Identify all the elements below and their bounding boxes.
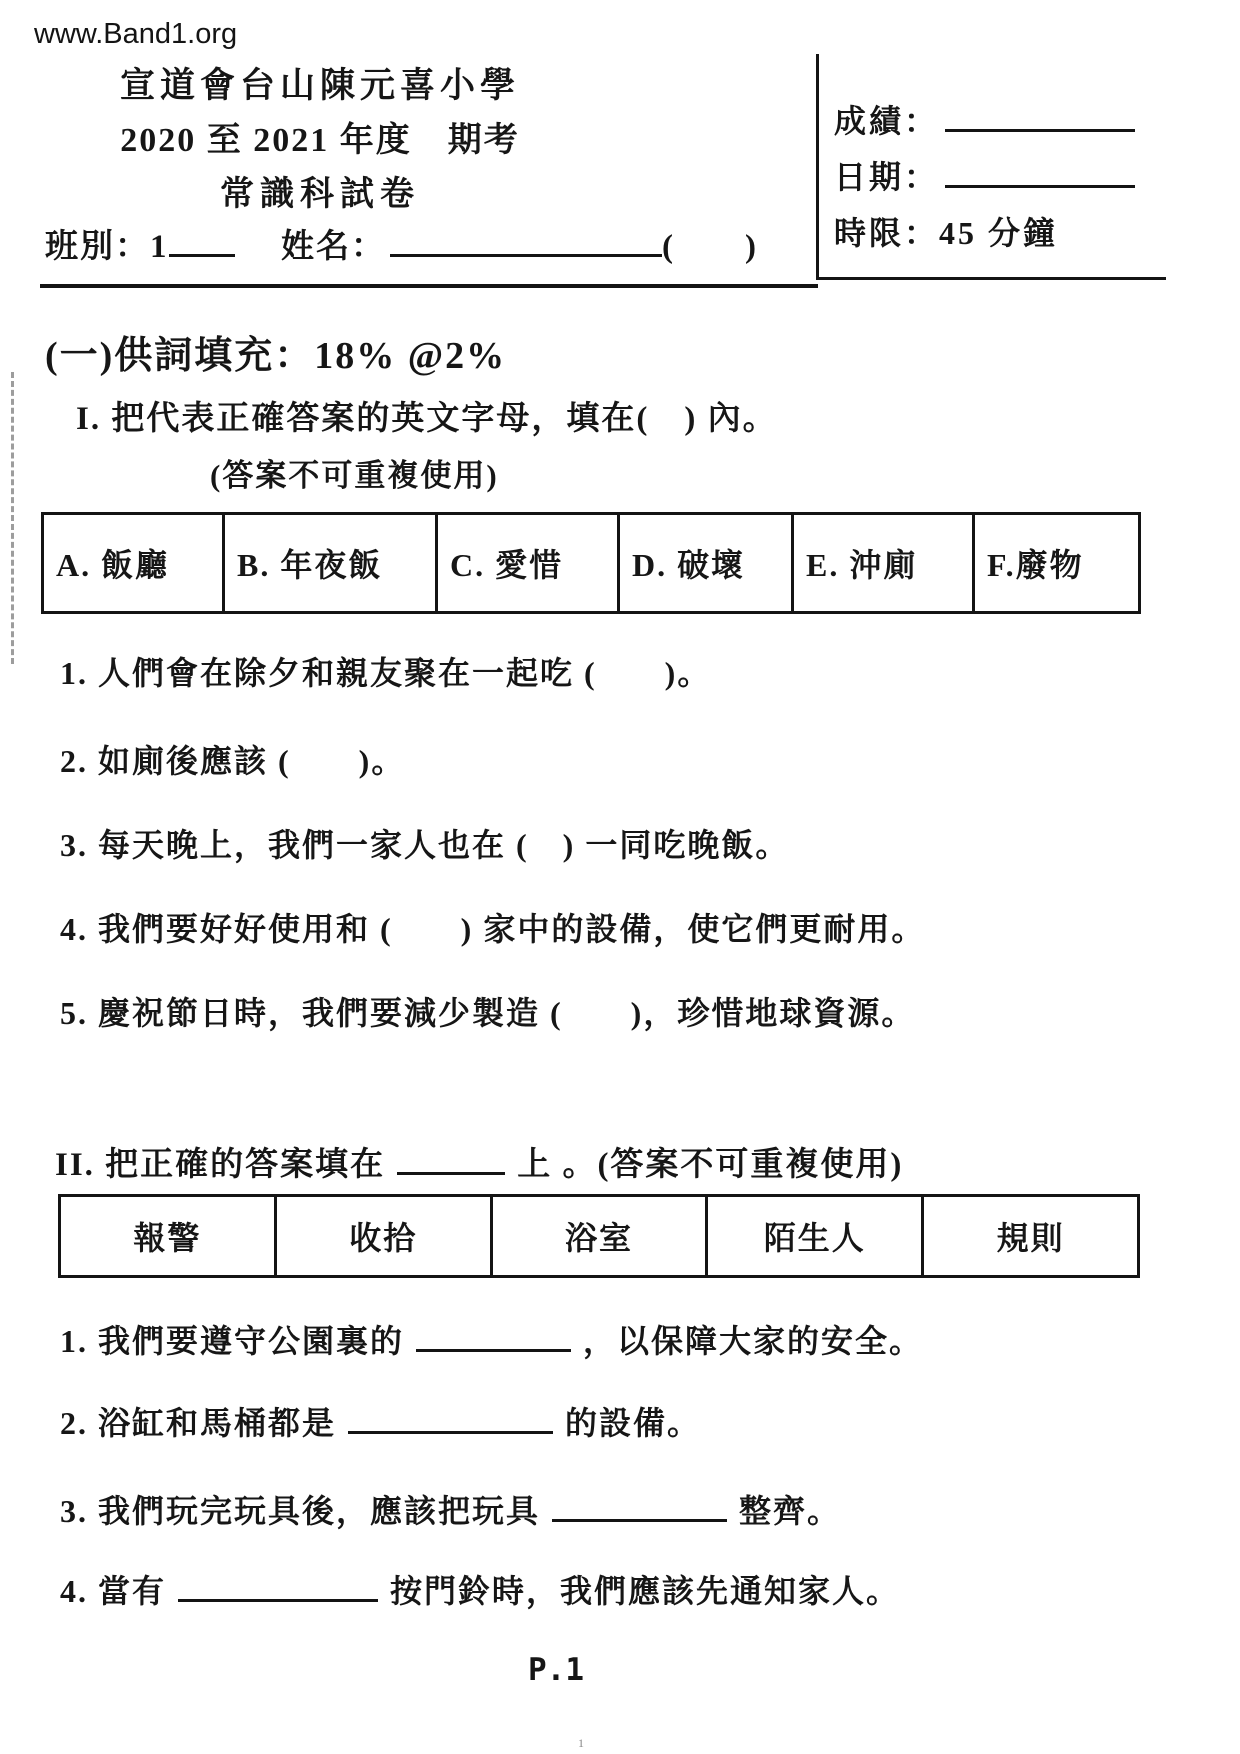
part2-question: 4. 當有按門鈴時，我們應該先通知家人。 — [60, 1566, 900, 1612]
part1-question: 2. 如廁後應該 ( )。 — [60, 736, 405, 782]
word-option-cell: D. 破壞 — [617, 515, 791, 611]
site-watermark: www.Band1.org — [34, 18, 237, 51]
question-pre: 1. 我們要遵守公園裏的 — [60, 1323, 404, 1359]
question-post: 按門鈴時，我們應該先通知家人。 — [390, 1573, 900, 1609]
part1-word-bank-table: A. 飯廳 B. 年夜飯 C. 愛惜 D. 破壞 E. 沖廁 F.廢物 — [41, 512, 1141, 614]
answer-blank[interactable] — [178, 1569, 378, 1602]
date-label: 日期： — [834, 159, 939, 195]
part1-note: (答案不可重複使用) — [210, 450, 499, 495]
word-option-cell: 浴室 — [490, 1197, 706, 1275]
paper-title: 常識科試卷 — [20, 166, 620, 215]
word-option-cell: E. 沖廁 — [791, 515, 972, 611]
question-pre: 4. 當有 — [60, 1573, 166, 1609]
word-option-cell: A. 飯廳 — [44, 515, 222, 611]
info-box-left-border — [816, 54, 819, 278]
class-blank[interactable] — [169, 223, 235, 257]
word-option-cell: F.廢物 — [972, 515, 1138, 611]
answer-blank[interactable] — [348, 1401, 553, 1434]
part2-question: 3. 我們玩完玩具後，應該把玩具整齊。 — [60, 1486, 841, 1532]
part2-heading-pre: II. 把正確的答案填在 — [55, 1147, 385, 1183]
part1-question: 5. 慶祝節日時，我們要減少製造 ( )，珍惜地球資源。 — [60, 988, 915, 1034]
school-name: 宣道會台山陳元喜小學 — [20, 58, 620, 108]
part1-question: 4. 我們要好好使用和 ( ) 家中的設備，使它們更耐用。 — [60, 904, 925, 950]
name-blank[interactable] — [390, 223, 662, 257]
tiny-corner-mark: 1 — [578, 1736, 584, 1751]
part1-question: 1. 人們會在除夕和親友聚在一起吃 ( )。 — [60, 648, 711, 694]
answer-blank[interactable] — [416, 1319, 571, 1352]
word-option-cell: 報警 — [61, 1197, 274, 1275]
answer-blank[interactable] — [552, 1489, 727, 1522]
part1-question: 3. 每天晚上，我們一家人也在 ( ) 一同吃晚飯。 — [60, 820, 789, 866]
question-post: 的設備。 — [565, 1405, 701, 1441]
time-limit-row: 時限：45 分鐘 — [834, 208, 1058, 254]
name-paren: ( ) — [662, 229, 758, 265]
info-box-bottom-border — [816, 277, 1166, 280]
word-option-cell: B. 年夜飯 — [222, 515, 435, 611]
score-label: 成績： — [834, 103, 939, 139]
class-label: 班別：1 — [45, 229, 169, 265]
part2-word-bank-table: 報警 收拾 浴室 陌生人 規則 — [58, 1194, 1140, 1278]
year-term-line: 2020 至 2021 年度 期考 — [20, 112, 620, 161]
part2-question: 1. 我們要遵守公園裏的，以保障大家的安全。 — [60, 1316, 923, 1362]
score-blank[interactable] — [945, 99, 1135, 132]
part2-question: 2. 浴缸和馬桶都是的設備。 — [60, 1398, 701, 1444]
word-option-cell: C. 愛惜 — [435, 515, 617, 611]
question-pre: 3. 我們玩完玩具後，應該把玩具 — [60, 1493, 540, 1529]
score-row: 成績： — [834, 96, 1135, 142]
part2-heading-blank — [397, 1141, 505, 1175]
question-post: 整齊。 — [739, 1493, 841, 1529]
part1-heading: I. 把代表正確答案的英文字母，填在( ) 內。 — [76, 392, 778, 439]
question-pre: 2. 浴缸和馬桶都是 — [60, 1405, 336, 1441]
page-number: P.1 — [528, 1652, 584, 1688]
question-post: ，以保障大家的安全。 — [583, 1323, 923, 1359]
scan-artifact-line — [11, 372, 14, 664]
class-name-row: 班別：1 姓名：( ) — [45, 220, 758, 267]
word-option-cell: 陌生人 — [705, 1197, 921, 1275]
word-option-cell: 規則 — [921, 1197, 1137, 1275]
section1-title: (一)供詞填充：18% @2% — [45, 324, 506, 379]
header-rule-left — [40, 284, 818, 288]
name-label: 姓名： — [281, 229, 386, 265]
part2-heading-post: 上 。(答案不可重複使用) — [517, 1147, 903, 1183]
word-option-cell: 收拾 — [274, 1197, 490, 1275]
date-blank[interactable] — [945, 155, 1135, 188]
date-row: 日期： — [834, 152, 1135, 198]
part2-heading: II. 把正確的答案填在上 。(答案不可重複使用) — [55, 1138, 903, 1185]
